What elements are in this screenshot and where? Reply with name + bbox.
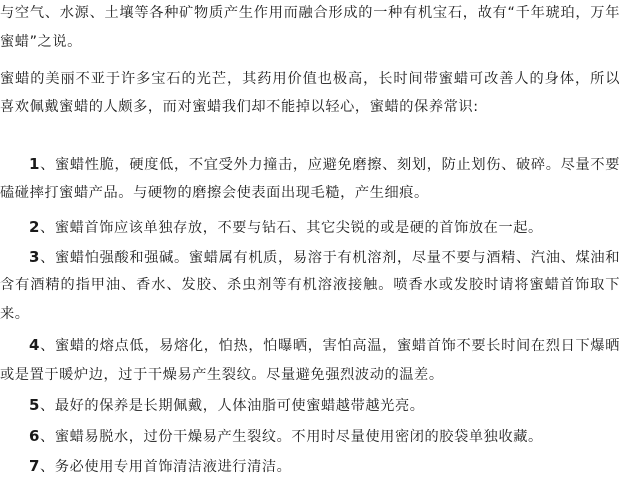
paragraph2-line-1: 蜜蜡的美丽不亚于许多宝石的光芒，其药用价值也极高，长时间带蜜蜡可改善人的身体，所… [0, 69, 620, 89]
tip-2-number: 2 [29, 218, 40, 236]
tip-6-text: 、蜜蜡易脱水，过份干燥易产生裂纹。不用时尽量使用密闭的胶袋单独收藏。 [40, 429, 543, 445]
tip-7-line-1: 7、务必使用专用首饰清洁液进行清洁。 [29, 456, 620, 477]
tip-1-line-2: 磕碰摔打蜜蜡产品。与硬物的磨擦会使表面出现毛糙，产生细痕。 [0, 183, 620, 203]
tip-5-line-1: 5、最好的保养是长期佩戴，人体油脂可使蜜蜡越带越光亮。 [29, 395, 620, 416]
tip-3-line-1: 3、蜜蜡怕强酸和强碱。蜜蜡属有机质，易溶于有机溶剂，尽量不要与酒精、汽油、煤油和 [29, 247, 620, 268]
tip-3-text: 、蜜蜡怕强酸和强碱。蜜蜡属有机质，易溶于有机溶剂，尽量不要与酒精、汽油、煤油和 [40, 250, 620, 266]
tip-3-line-3: 来。 [0, 304, 620, 324]
tip-6-number: 6 [29, 427, 40, 445]
tip-4-number: 4 [29, 336, 40, 354]
tip-7-number: 7 [29, 457, 40, 475]
tip-2-line-1: 2、蜜蜡首饰应该单独存放，不要与钻石、其它尖锐的或是硬的首饰放在一起。 [29, 217, 620, 238]
tip-4-line-1: 4、蜜蜡的熔点低，易熔化，怕热，怕曝晒，害怕高温，蜜蜡首饰不要长时间在烈日下爆晒 [29, 335, 620, 356]
tip-7-text: 、务必使用专用首饰清洁液进行清洁。 [40, 459, 291, 475]
intro-line-2: 蜜蜡”之说。 [0, 32, 620, 52]
tip-5-text: 、最好的保养是长期佩戴，人体油脂可使蜜蜡越带越光亮。 [40, 398, 424, 414]
tip-2-text: 、蜜蜡首饰应该单独存放，不要与钻石、其它尖锐的或是硬的首饰放在一起。 [40, 220, 543, 236]
tip-1-number: 1 [29, 155, 40, 173]
intro-line-1: 与空气、水源、土壤等各种矿物质产生作用而融合形成的一种有机宝石，故有“千年琥珀，… [0, 3, 620, 23]
tip-3-line-2: 含有酒精的指甲油、香水、发胶、杀虫剂等有机溶液接触。喷香水或发胶时请将蜜蜡首饰取… [0, 275, 620, 295]
tip-4-line-2: 或是置于暖炉边，过于干燥易产生裂纹。尽量避免强烈波动的温差。 [0, 365, 620, 385]
tip-1-text: 、蜜蜡性脆，硬度低，不宜受外力撞击，应避免磨擦、刻划，防止划伤、破碎。尽量不要 [40, 157, 620, 173]
paragraph2-line-2: 喜欢佩戴蜜蜡的人颇多，而对蜜蜡我们却不能掉以轻心，蜜蜡的保养常识: [0, 97, 620, 117]
tip-5-number: 5 [29, 396, 40, 414]
tip-3-number: 3 [29, 248, 40, 266]
tip-6-line-1: 6、蜜蜡易脱水，过份干燥易产生裂纹。不用时尽量使用密闭的胶袋单独收藏。 [29, 426, 620, 447]
tip-4-text: 、蜜蜡的熔点低，易熔化，怕热，怕曝晒，害怕高温，蜜蜡首饰不要长时间在烈日下爆晒 [40, 338, 620, 354]
tip-1-line-1: 1、蜜蜡性脆，硬度低，不宜受外力撞击，应避免磨擦、刻划，防止划伤、破碎。尽量不要 [29, 154, 620, 175]
